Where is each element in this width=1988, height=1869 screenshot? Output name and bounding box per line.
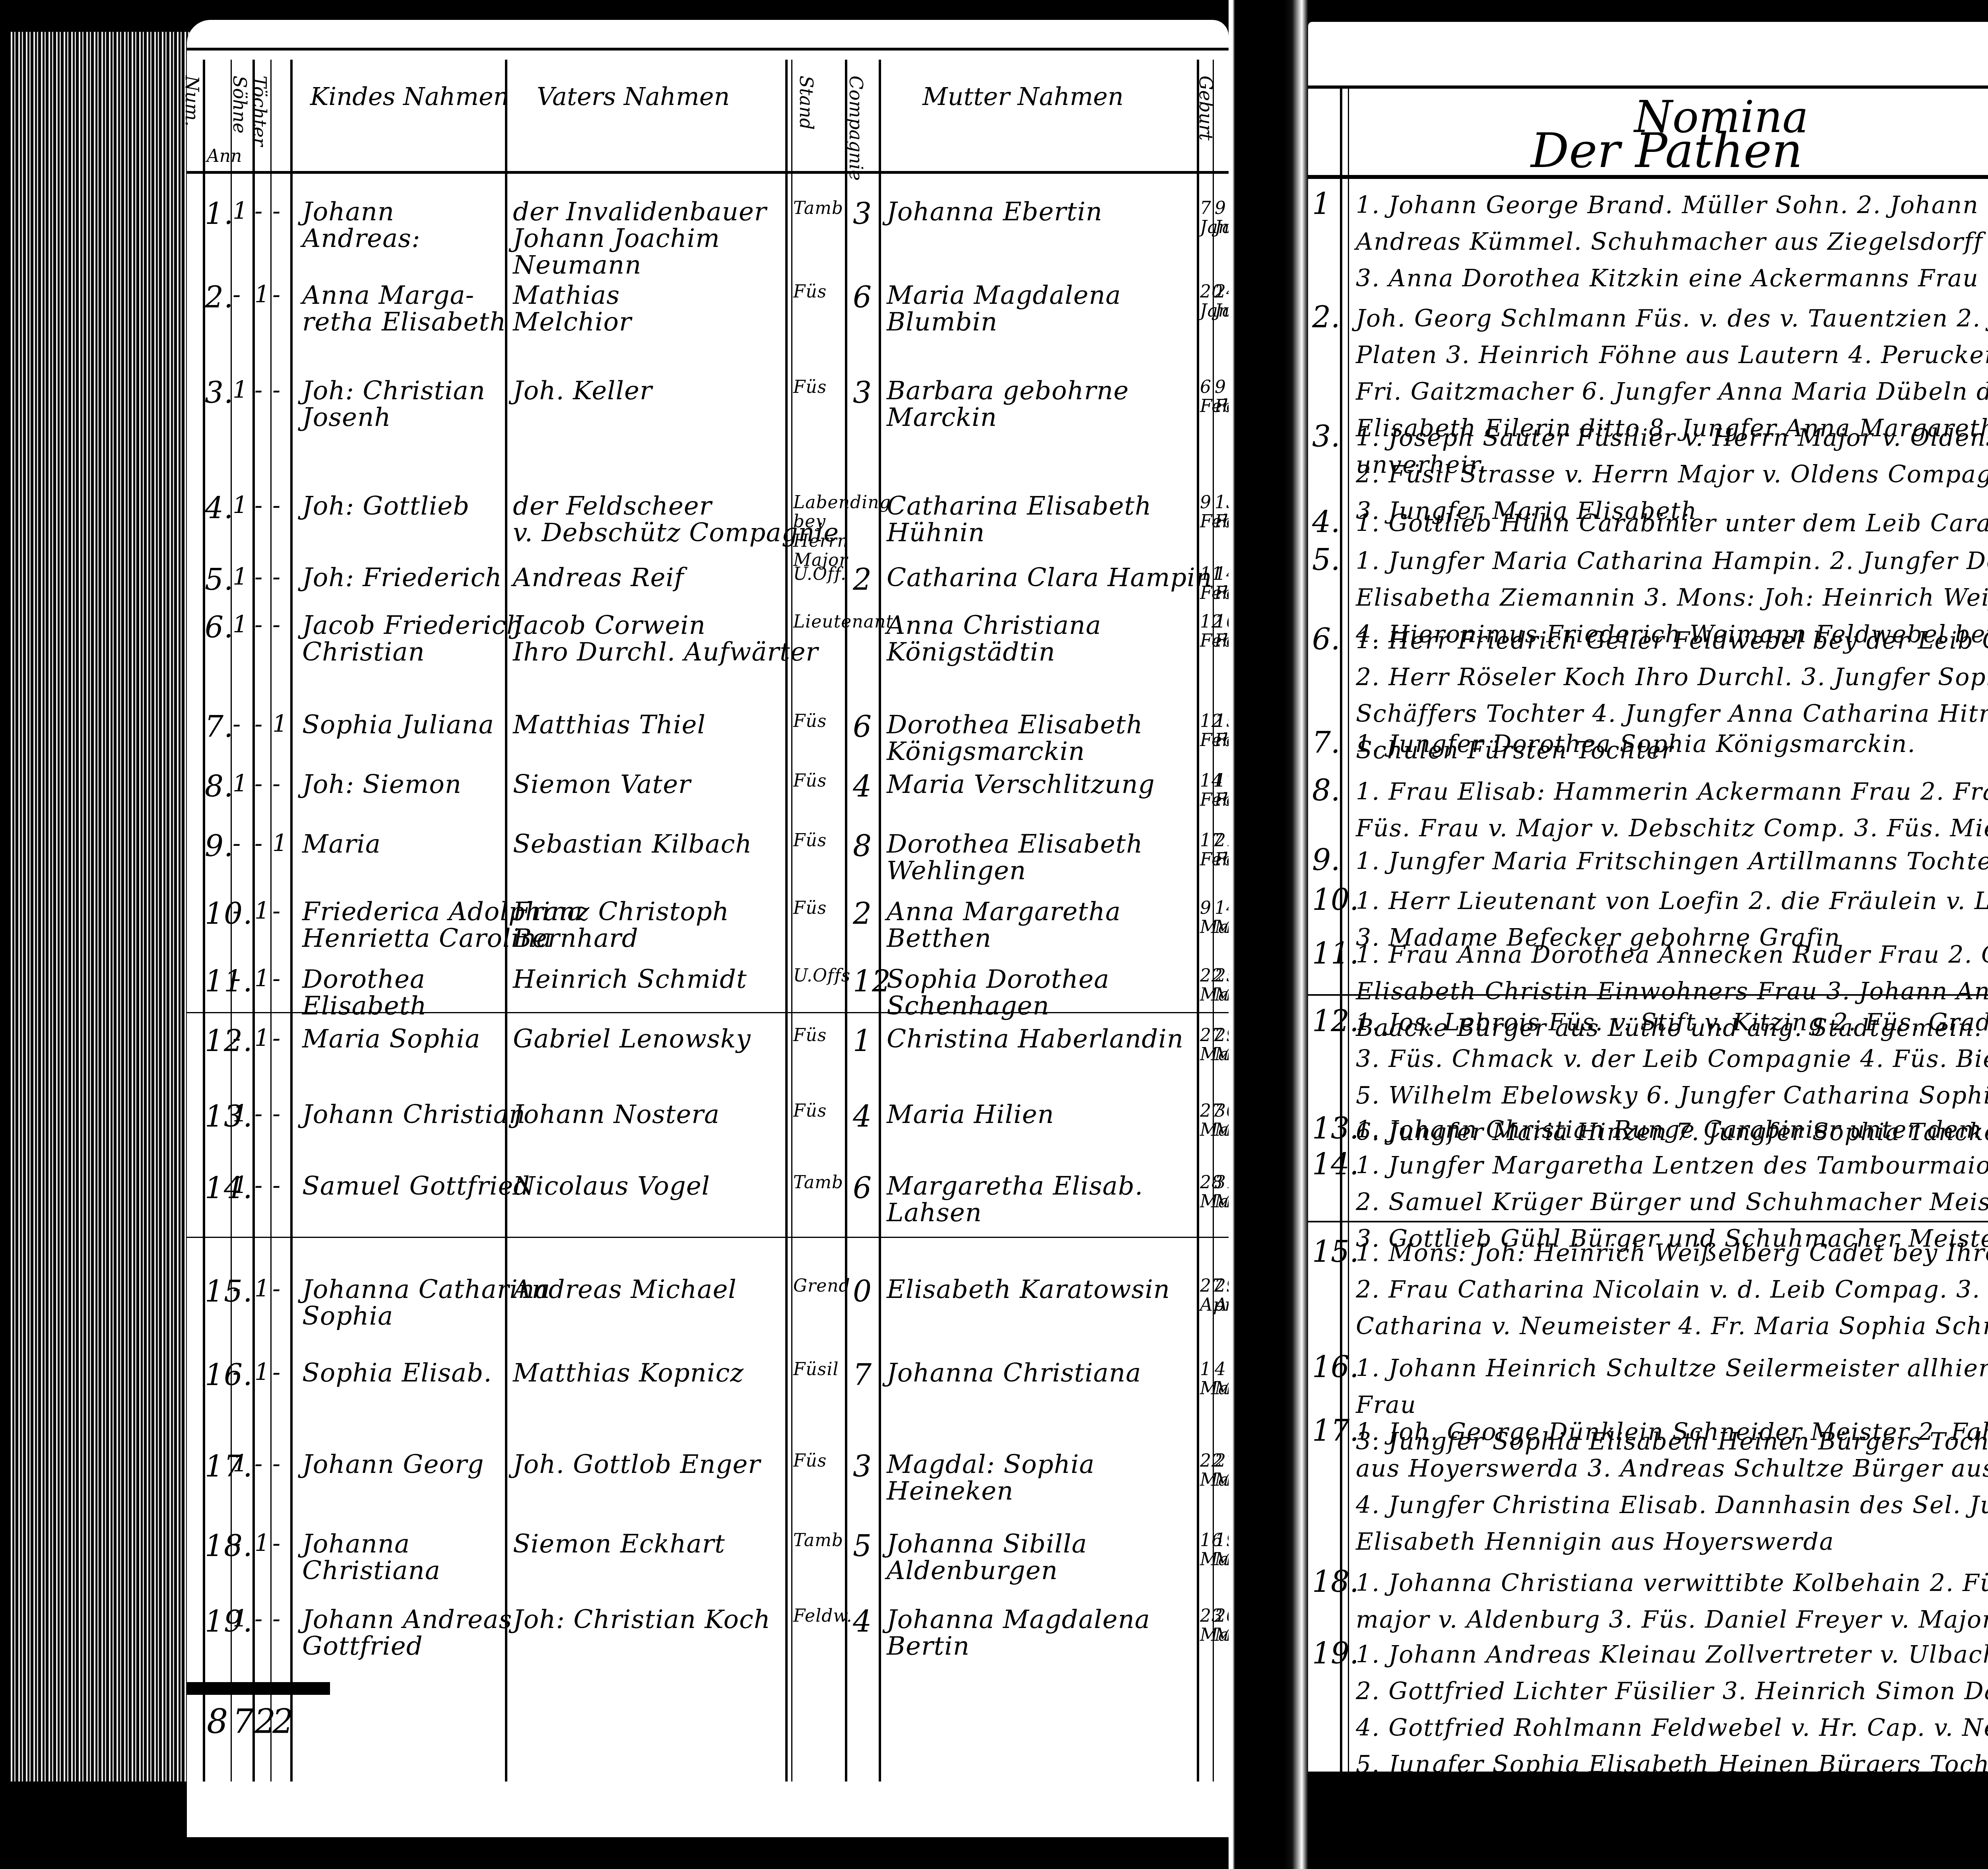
company-number: 12 [853,966,891,997]
father-rank: Füs [793,378,845,397]
father-rank: Labending bey Herrn Major [793,493,845,570]
entry-number: 1. [205,199,234,230]
child-name: Joh: Friederich [302,565,502,591]
godparent-names: 1. Mons: Joh: Heinrich Weißelberg Cadet … [1356,1235,1988,1344]
entry-number: 6. [1312,622,1340,657]
annotation-mark: - [272,378,281,403]
father-name: Joh. Gottlob Enger [513,1451,761,1478]
top-rule [1308,85,1988,89]
header-daughters: Töchter [249,76,270,146]
daughters-count: - [254,1451,263,1477]
child-name: Sophia Juliana [302,712,494,738]
row-rule [187,1237,1229,1238]
mother-name: Anna Christiana Königstädtin [887,612,1101,666]
father-rank: Füsil [793,1360,845,1379]
father-rank: U.Off. [793,565,845,584]
header-born: Geburt [1195,76,1217,141]
entry-number: 7. [1312,726,1340,760]
sons-count: 1 [233,493,248,518]
father-name: Franz Christoph Bernhard [513,899,729,952]
child-name: Johann Georg [302,1451,484,1478]
company-number: 1 [853,1026,872,1057]
sons-count: - [233,831,241,856]
mother-name: Catharina Elisabeth Hühnin [887,493,1151,546]
entry-number: 16. [1312,1350,1359,1384]
entry-number: 17. [1312,1414,1359,1448]
godparent-names: 1. Jungfer Maria Fritschingen Artillmann… [1356,843,1988,880]
mother-name: Magdal: Sophia Heineken [887,1451,1095,1505]
annotation-mark: - [272,282,281,307]
top-rule [187,48,1229,51]
total-4: 2 [272,1702,293,1741]
book-scan: Num. Söhne Töchter Kindes Nahmen Vaters … [0,0,1988,1869]
annotation-mark: - [272,1531,281,1556]
father-rank: Füs [793,1026,845,1045]
child-name: Maria [302,831,381,858]
company-number: 4 [853,1607,872,1638]
daughters-count: 1 [254,1531,270,1556]
daughters-count: - [254,493,263,518]
column-rule [791,60,792,1782]
annotation-mark: - [272,612,281,637]
company-number: 2 [853,565,872,596]
entry-number: 10. [205,899,253,930]
company-number: 6 [853,1173,872,1204]
father-rank: U.Offs [793,966,845,985]
father-name: Joh: Christian Koch [513,1607,771,1633]
column-rule [290,60,293,1782]
godparent-names: 1. Johann Andreas Kleinau Zollvertreter … [1356,1636,1988,1856]
daughters-count: - [254,199,263,224]
mother-name: Johanna Christiana [887,1360,1141,1387]
mother-name: Johanna Magdalena Bertin [887,1607,1150,1660]
entry-number: 4. [205,493,234,524]
father-name: der Invalidenbauer Johann Joachim Neuman… [513,199,767,279]
father-name: Sebastian Kilbach [513,831,752,858]
company-number: 2 [853,899,872,930]
entry-number: 5. [1312,543,1340,577]
mother-name: Catharina Clara Hampin [887,565,1212,591]
entry-number: 12. [1312,1004,1359,1038]
column-rule [785,60,788,1782]
father-name: der Feldscheer v. Debschütz Compagnie [513,493,839,546]
company-number: 3 [853,199,872,230]
margin-rule [1340,85,1342,1772]
annotation-mark: 1 [272,831,288,856]
entry-number: 2. [205,282,234,313]
annotation-mark: - [272,565,281,590]
entry-number: 15. [1312,1235,1359,1269]
father-name: Gabriel Lenowsky [513,1026,751,1053]
child-name: Johann Andreas: [302,199,420,252]
annotation-mark: - [272,966,281,991]
page-title-pathen: Der Pathen [1531,123,1802,179]
godparent-names: 1. Jungfer Dorothea Sophia Königsmarckin… [1356,726,1988,762]
mother-name: Dorothea Elisabeth Königsmarckin [887,712,1143,765]
company-number: 3 [853,378,872,409]
entry-number: 18. [1312,1565,1359,1599]
godparent-names: 1. Johann George Brand. Müller Sohn. 2. … [1356,187,1988,297]
total-2: 7 [233,1702,254,1741]
margin-rule [1348,85,1349,1772]
sons-count: - [233,712,241,737]
daughters-count: 1 [254,966,270,991]
father-rank: Füs [793,1102,845,1121]
entry-number: 3. [1312,420,1340,454]
father-rank: Füs [793,282,845,301]
entry-number: 1 [1312,187,1331,221]
father-name: Johann Nostera [513,1102,720,1128]
annotation-mark: - [272,1173,281,1198]
annotation-mark: - [272,1360,281,1385]
header-rule [1308,175,1988,179]
entry-number: 19. [1312,1636,1359,1671]
entry-number: 18. [205,1531,253,1562]
page-edges [8,32,215,1782]
book-gutter [1229,0,1308,1869]
header-rule [187,171,1229,174]
daughters-count: 1 [254,899,270,924]
father-rank: Tamb [793,1531,845,1550]
sons-count: - [233,966,241,991]
father-name: Jacob Corwein Ihro Durchl. Aufwärter [513,612,818,666]
godparent-names: 1. Gottlieb Hühn Carabinier unter dem Le… [1356,505,1988,542]
father-rank: Tamb [793,199,845,218]
company-number: 5 [853,1531,872,1562]
child-name: Samuel Gottfried [302,1173,530,1200]
mother-name: Johanna Sibilla Aldenburgen [887,1531,1087,1584]
header-child-name: Kindes Nahmen [310,84,509,109]
header-mother-name: Mutter Nahmen [922,84,1124,109]
mother-name: Christina Haberlandin [887,1026,1184,1053]
entry-number: 7. [205,712,234,743]
father-name: Mathias Melchior [513,282,632,336]
father-name: Andreas Reif [513,565,684,591]
sons-count: 1 [233,612,248,637]
annotation-mark: - [272,493,281,518]
child-name: Sophia Elisab. [302,1360,492,1387]
column-rule [879,60,881,1782]
annotation-mark: 1 [272,712,288,737]
father-name: Matthias Kopnicz [513,1360,744,1387]
daughters-count: 1 [254,1026,270,1051]
sons-count: - [233,282,241,307]
daughters-count: - [254,1102,263,1127]
company-number: 7 [853,1360,872,1391]
child-name: Anna Marga- retha Elisabeth [302,282,506,336]
mother-name: Anna Margaretha Betthen [887,899,1121,952]
daughters-count: - [254,1173,263,1198]
entry-number: 6. [205,612,234,643]
father-name: Siemon Vater [513,771,691,798]
entry-number: 3. [205,378,234,409]
sons-count: - [233,899,241,924]
baptism-table: Num. Söhne Töchter Kindes Nahmen Vaters … [187,60,1229,1782]
sons-count: - [233,1276,241,1302]
child-name: Maria Sophia [302,1026,480,1053]
father-rank: Grend [793,1276,845,1296]
column-rule [1197,60,1199,1782]
left-page: Num. Söhne Töchter Kindes Nahmen Vaters … [187,20,1229,1837]
entry-number: 11. [1312,936,1359,971]
header-father-name: Vaters Nahmen [537,84,730,109]
child-name: Johann Christian [302,1102,526,1128]
sons-count: - [233,1026,241,1051]
godparent-names: 1. Frau Elisab: Hammerin Ackermann Frau … [1356,773,1988,847]
mother-name: Maria Magdalena Blumbin [887,282,1121,336]
right-page: 1773 Nomina Der Pathen 11. Johann George… [1308,22,1988,1772]
header-nr: Num. [181,76,203,126]
father-rank: Füs [793,712,845,731]
entry-number: 14. [1312,1147,1359,1181]
annotation-mark: - [272,1102,281,1127]
entry-number: 5. [205,565,234,596]
annotation-mark: - [272,771,281,797]
godparent-names: 1. Johann Christian Runge Carabinier unt… [1356,1111,1988,1148]
annotation-mark: - [272,199,281,224]
entry-number: 8. [205,771,234,802]
entry-number: 16. [205,1360,253,1391]
father-name: Heinrich Schmidt [513,966,747,993]
mother-name: Dorothea Elisabeth Wehlingen [887,831,1143,884]
child-name: Joh: Siemon [302,771,462,798]
header-sons: Söhne [229,76,250,134]
mother-name: Margaretha Elisab. Lahsen [887,1173,1143,1226]
father-name: Joh. Keller [513,378,652,404]
annotation-mark: - [272,1451,281,1477]
header-company: Compagnie [845,76,867,181]
mother-name: Elisabeth Karatowsin [887,1276,1170,1303]
father-name: Siemon Eckhart [513,1531,725,1558]
company-number: 3 [853,1451,872,1482]
father-name: Andreas Michael [513,1276,737,1303]
father-rank: Feldw. [793,1607,845,1626]
entry-number: 4. [1312,505,1340,539]
child-name: Joh: Gottlieb [302,493,470,520]
entry-number: 15. [205,1276,253,1308]
father-rank: Füs [793,899,845,918]
father-rank: Füs [793,1451,845,1471]
sons-count: 1 [233,199,248,224]
daughters-count: - [254,771,263,797]
mother-name: Sophia Dorothea Schenhagen [887,966,1109,1020]
daughters-count: 1 [254,1276,270,1302]
child-name: Johann Andreas Gottfried [302,1607,512,1660]
father-name: Nicolaus Vogel [513,1173,710,1200]
sons-count: 1 [233,378,248,403]
sons-count: 1 [233,1173,248,1198]
entry-number: 8. [1312,773,1340,808]
total-1: 8 [207,1702,228,1741]
entry-number: 12. [205,1026,253,1057]
mother-name: Maria Hilien [887,1102,1054,1128]
company-number: 4 [853,771,872,802]
entry-number: 11. [205,966,253,997]
company-number: 4 [853,1102,872,1133]
column-rule [270,60,272,1782]
mother-name: Johanna Ebertin [887,199,1103,225]
entry-number: 9. [1312,843,1340,877]
daughters-count: 1 [254,282,270,307]
entry-number: 9. [205,831,234,862]
header-sub-ann: Ann [207,147,242,165]
mother-name: Maria Verschlitzung [887,771,1155,798]
father-rank: Füs [793,771,845,791]
sons-count: 1 [233,1102,248,1127]
sons-count: 1 [233,1451,248,1477]
daughters-count: - [254,378,263,403]
daughters-count: - [254,712,263,737]
daughters-count: - [254,1607,263,1632]
company-number: 0 [853,1276,872,1308]
company-number: 8 [853,831,872,862]
daughters-count: - [254,831,263,856]
entry-number: 2. [1312,300,1340,334]
daughters-count: - [254,612,263,637]
company-number: 6 [853,282,872,313]
father-name: Matthias Thiel [513,712,706,738]
sons-count: 1 [233,1607,248,1632]
annotation-mark: - [272,1607,281,1632]
daughters-count: 1 [254,1360,270,1385]
father-rank: Füs [793,831,845,850]
annotation-mark: - [272,1276,281,1302]
annotation-mark: - [272,1026,281,1051]
sons-count: 1 [233,771,248,797]
mother-name: Barbara gebohrne Marckin [887,378,1129,431]
daughters-count: - [254,565,263,590]
child-name: Joh: Christian Josenh [302,378,485,431]
entry-number: 10. [1312,883,1359,917]
annotation-mark: - [272,899,281,924]
entry-number: 13. [1312,1111,1359,1146]
father-rank: Tamb [793,1173,845,1192]
father-rank: Lieutenant [793,612,845,631]
column-rule [845,60,847,1782]
totals-bar [187,1682,330,1695]
company-number: 6 [853,712,872,743]
godparent-names: 1. Johanna Christiana verwittibte Kolbeh… [1356,1565,1988,1638]
godparent-names: 1. Joh. George Dünklein Schneider Meiste… [1356,1414,1988,1560]
child-name: Johanna Christiana [302,1531,441,1584]
child-name: Dorothea Elisabeth [302,966,427,1020]
sons-count: - [233,1360,241,1385]
sons-count: - [233,1531,241,1556]
header-father-status: Stand [796,76,817,130]
child-name: Jacob Friederich Christian [302,612,523,666]
sons-count: 1 [233,565,248,590]
